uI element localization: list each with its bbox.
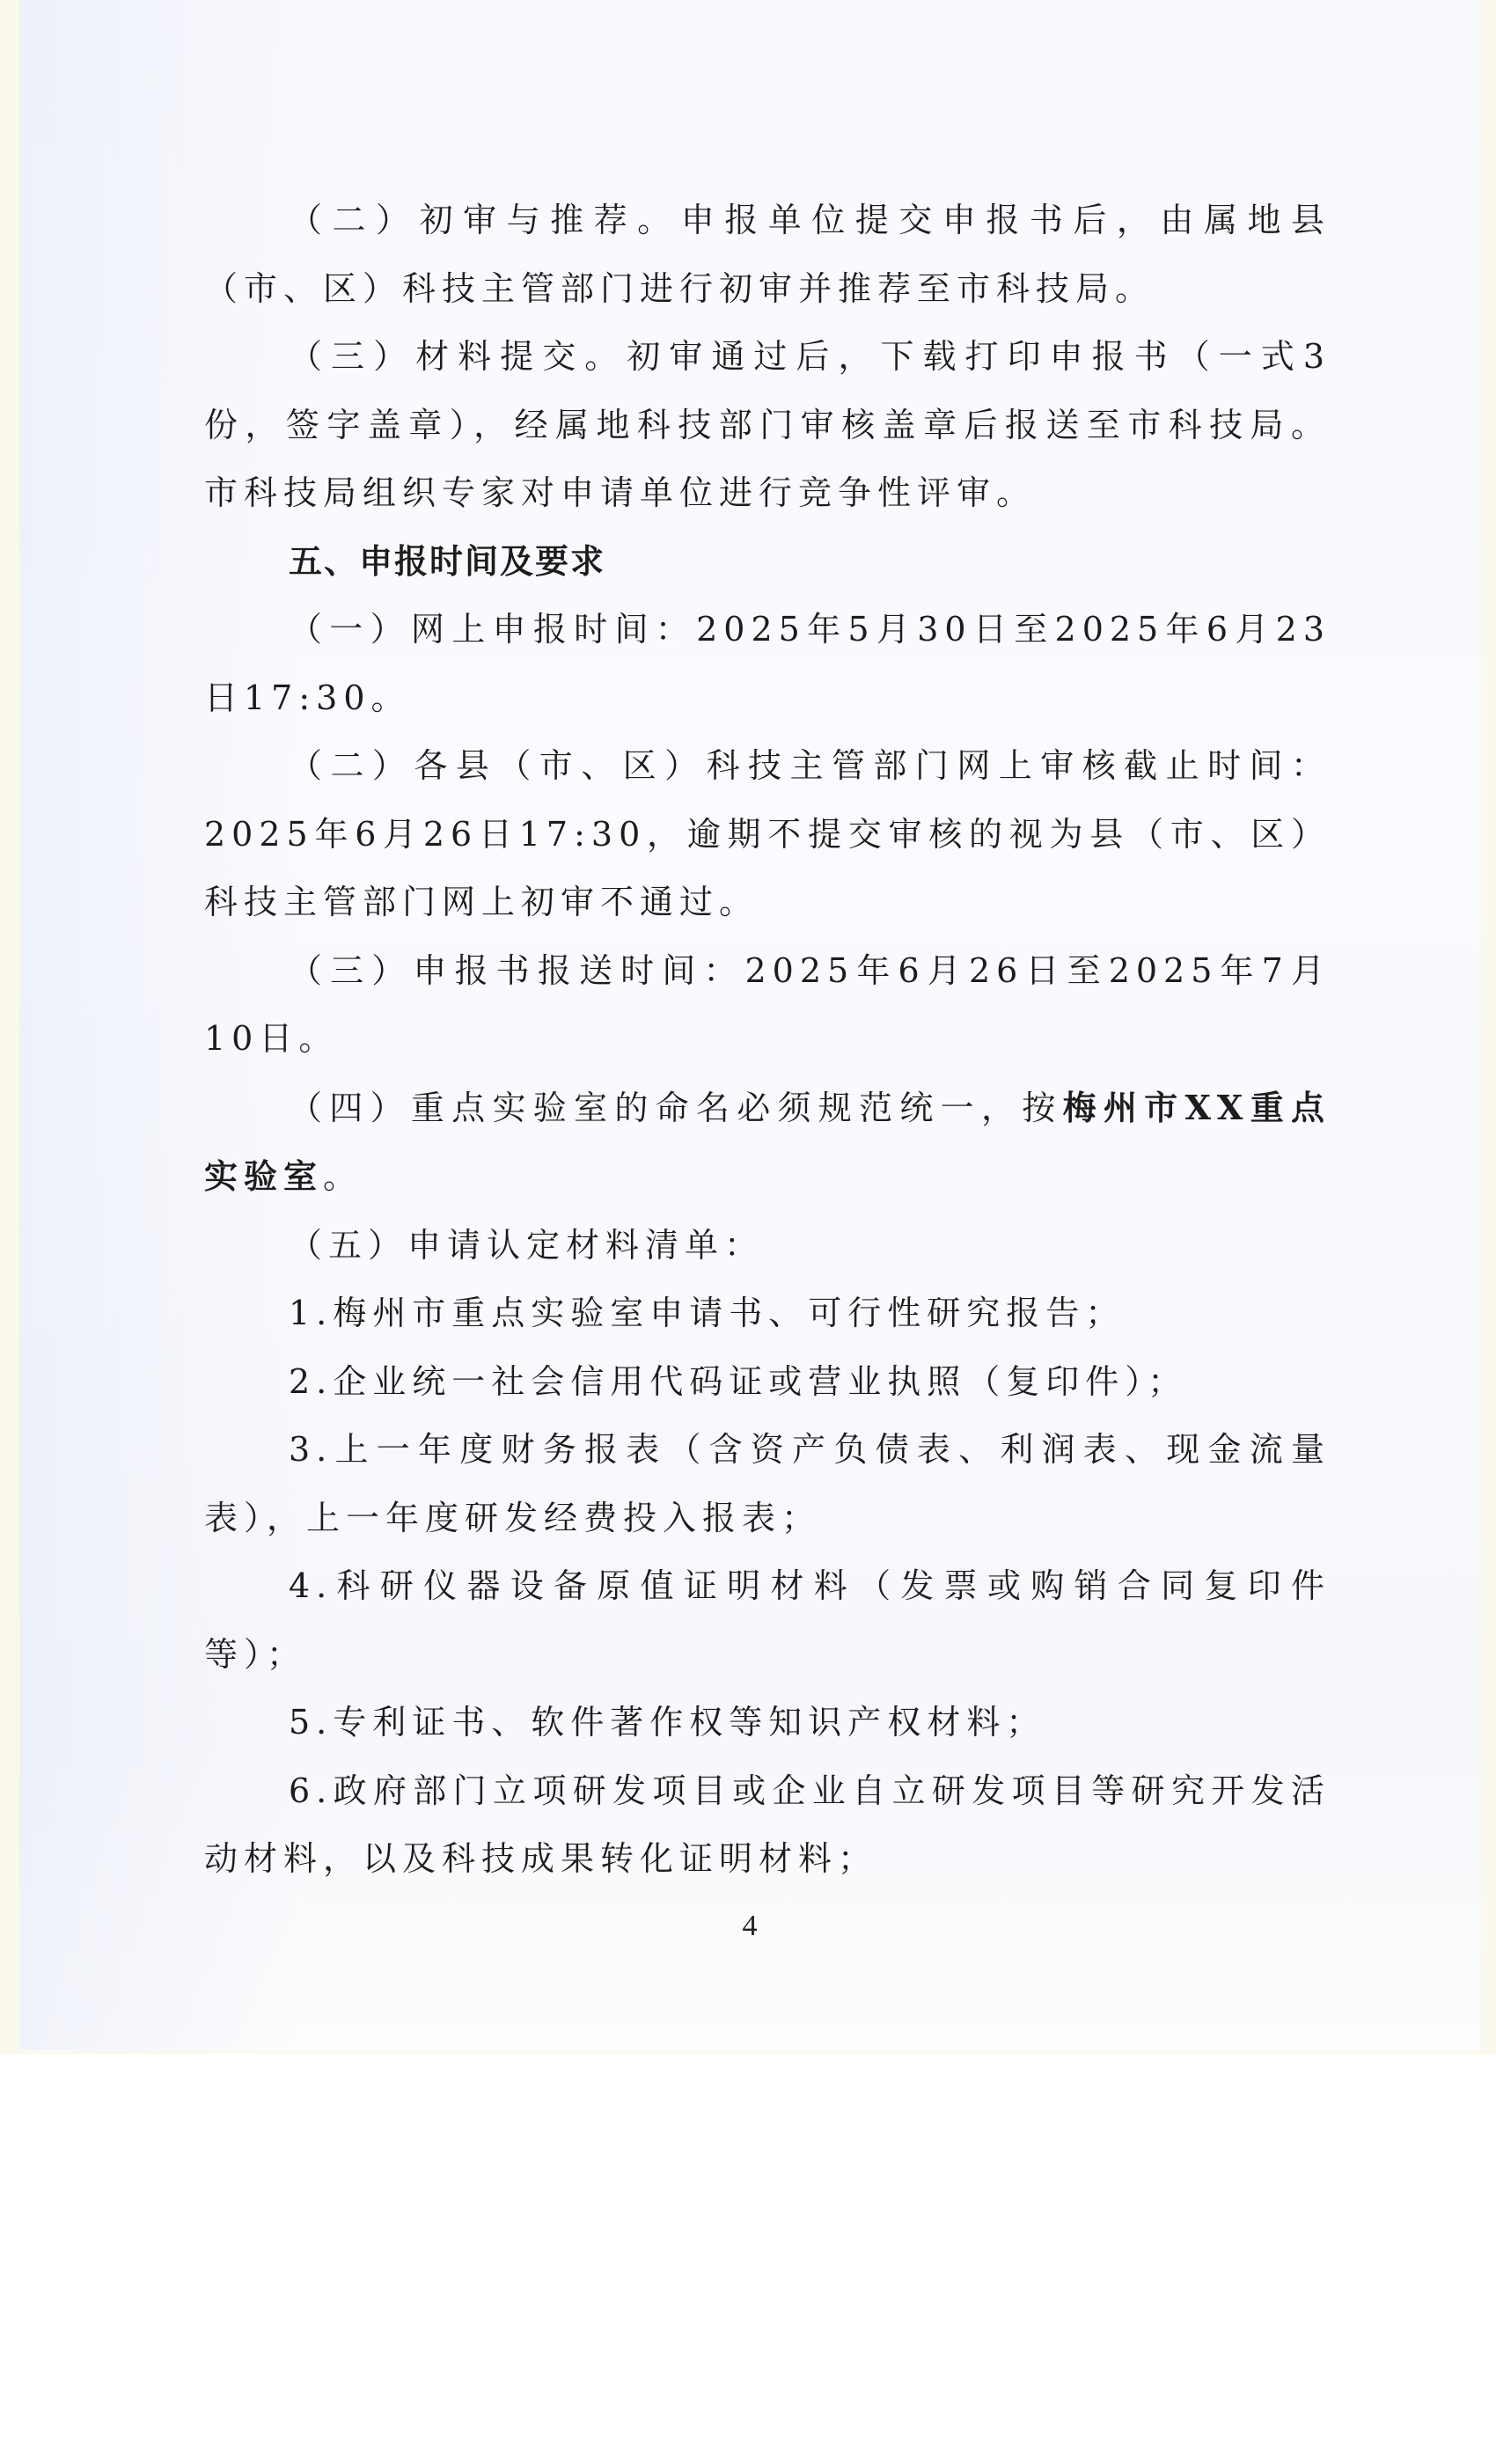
paragraph-materials-list-title: （五）申请认定材料清单： bbox=[204, 1212, 1331, 1280]
paragraph-submission-time: （三）申报书报送时间：2025年6月26日至2025年7月10日。 bbox=[204, 937, 1331, 1074]
scan-frame: （二）初审与推荐。申报单位提交申报书后，由属地县（市、区）科技主管部门进行初审并… bbox=[0, 0, 1496, 2054]
section-heading-application-time: 五、申报时间及要求 bbox=[204, 528, 1331, 597]
document-page: （二）初审与推荐。申报单位提交申报书后，由属地县（市、区）科技主管部门进行初审并… bbox=[19, 0, 1480, 2050]
list-item-6: 6.政府部门立项研发项目或企业自立研发项目等研究开发活动材料，以及科技成果转化证… bbox=[204, 1757, 1331, 1894]
page-number: 4 bbox=[19, 1910, 1480, 1943]
paragraph-online-application-time: （一）网上申报时间：2025年5月30日至2025年6月23日17:30。 bbox=[204, 596, 1331, 732]
list-item-1: 1.梅州市重点实验室申请书、可行性研究报告； bbox=[204, 1280, 1331, 1348]
paragraph-naming-rule: （四）重点实验室的命名必须规范统一，按梅州市XX重点实验室。 bbox=[204, 1074, 1331, 1212]
naming-rule-tail: 。 bbox=[323, 1157, 363, 1196]
naming-rule-text: （四）重点实验室的命名必须规范统一，按 bbox=[289, 1089, 1063, 1127]
list-item-3: 3.上一年度财务报表（含资产负债表、利润表、现金流量表），上一年度研发经费投入报… bbox=[204, 1416, 1331, 1552]
list-item-2: 2.企业统一社会信用代码证或营业执照（复印件）； bbox=[204, 1348, 1331, 1417]
list-item-4: 4.科研仪器设备原值证明材料（发票或购销合同复印件等）； bbox=[204, 1552, 1331, 1689]
list-item-5: 5.专利证书、软件著作权等知识产权材料； bbox=[204, 1689, 1331, 1757]
document-body: （二）初审与推荐。申报单位提交申报书后，由属地县（市、区）科技主管部门进行初审并… bbox=[204, 187, 1331, 1894]
paragraph-material-submission: （三）材料提交。初审通过后，下载打印申报书（一式3份，签字盖章），经属地科技部门… bbox=[204, 323, 1331, 528]
paragraph-initial-review: （二）初审与推荐。申报单位提交申报书后，由属地县（市、区）科技主管部门进行初审并… bbox=[204, 187, 1331, 323]
paragraph-review-deadline: （二）各县（市、区）科技主管部门网上审核截止时间：2025年6月26日17:30… bbox=[204, 732, 1331, 937]
